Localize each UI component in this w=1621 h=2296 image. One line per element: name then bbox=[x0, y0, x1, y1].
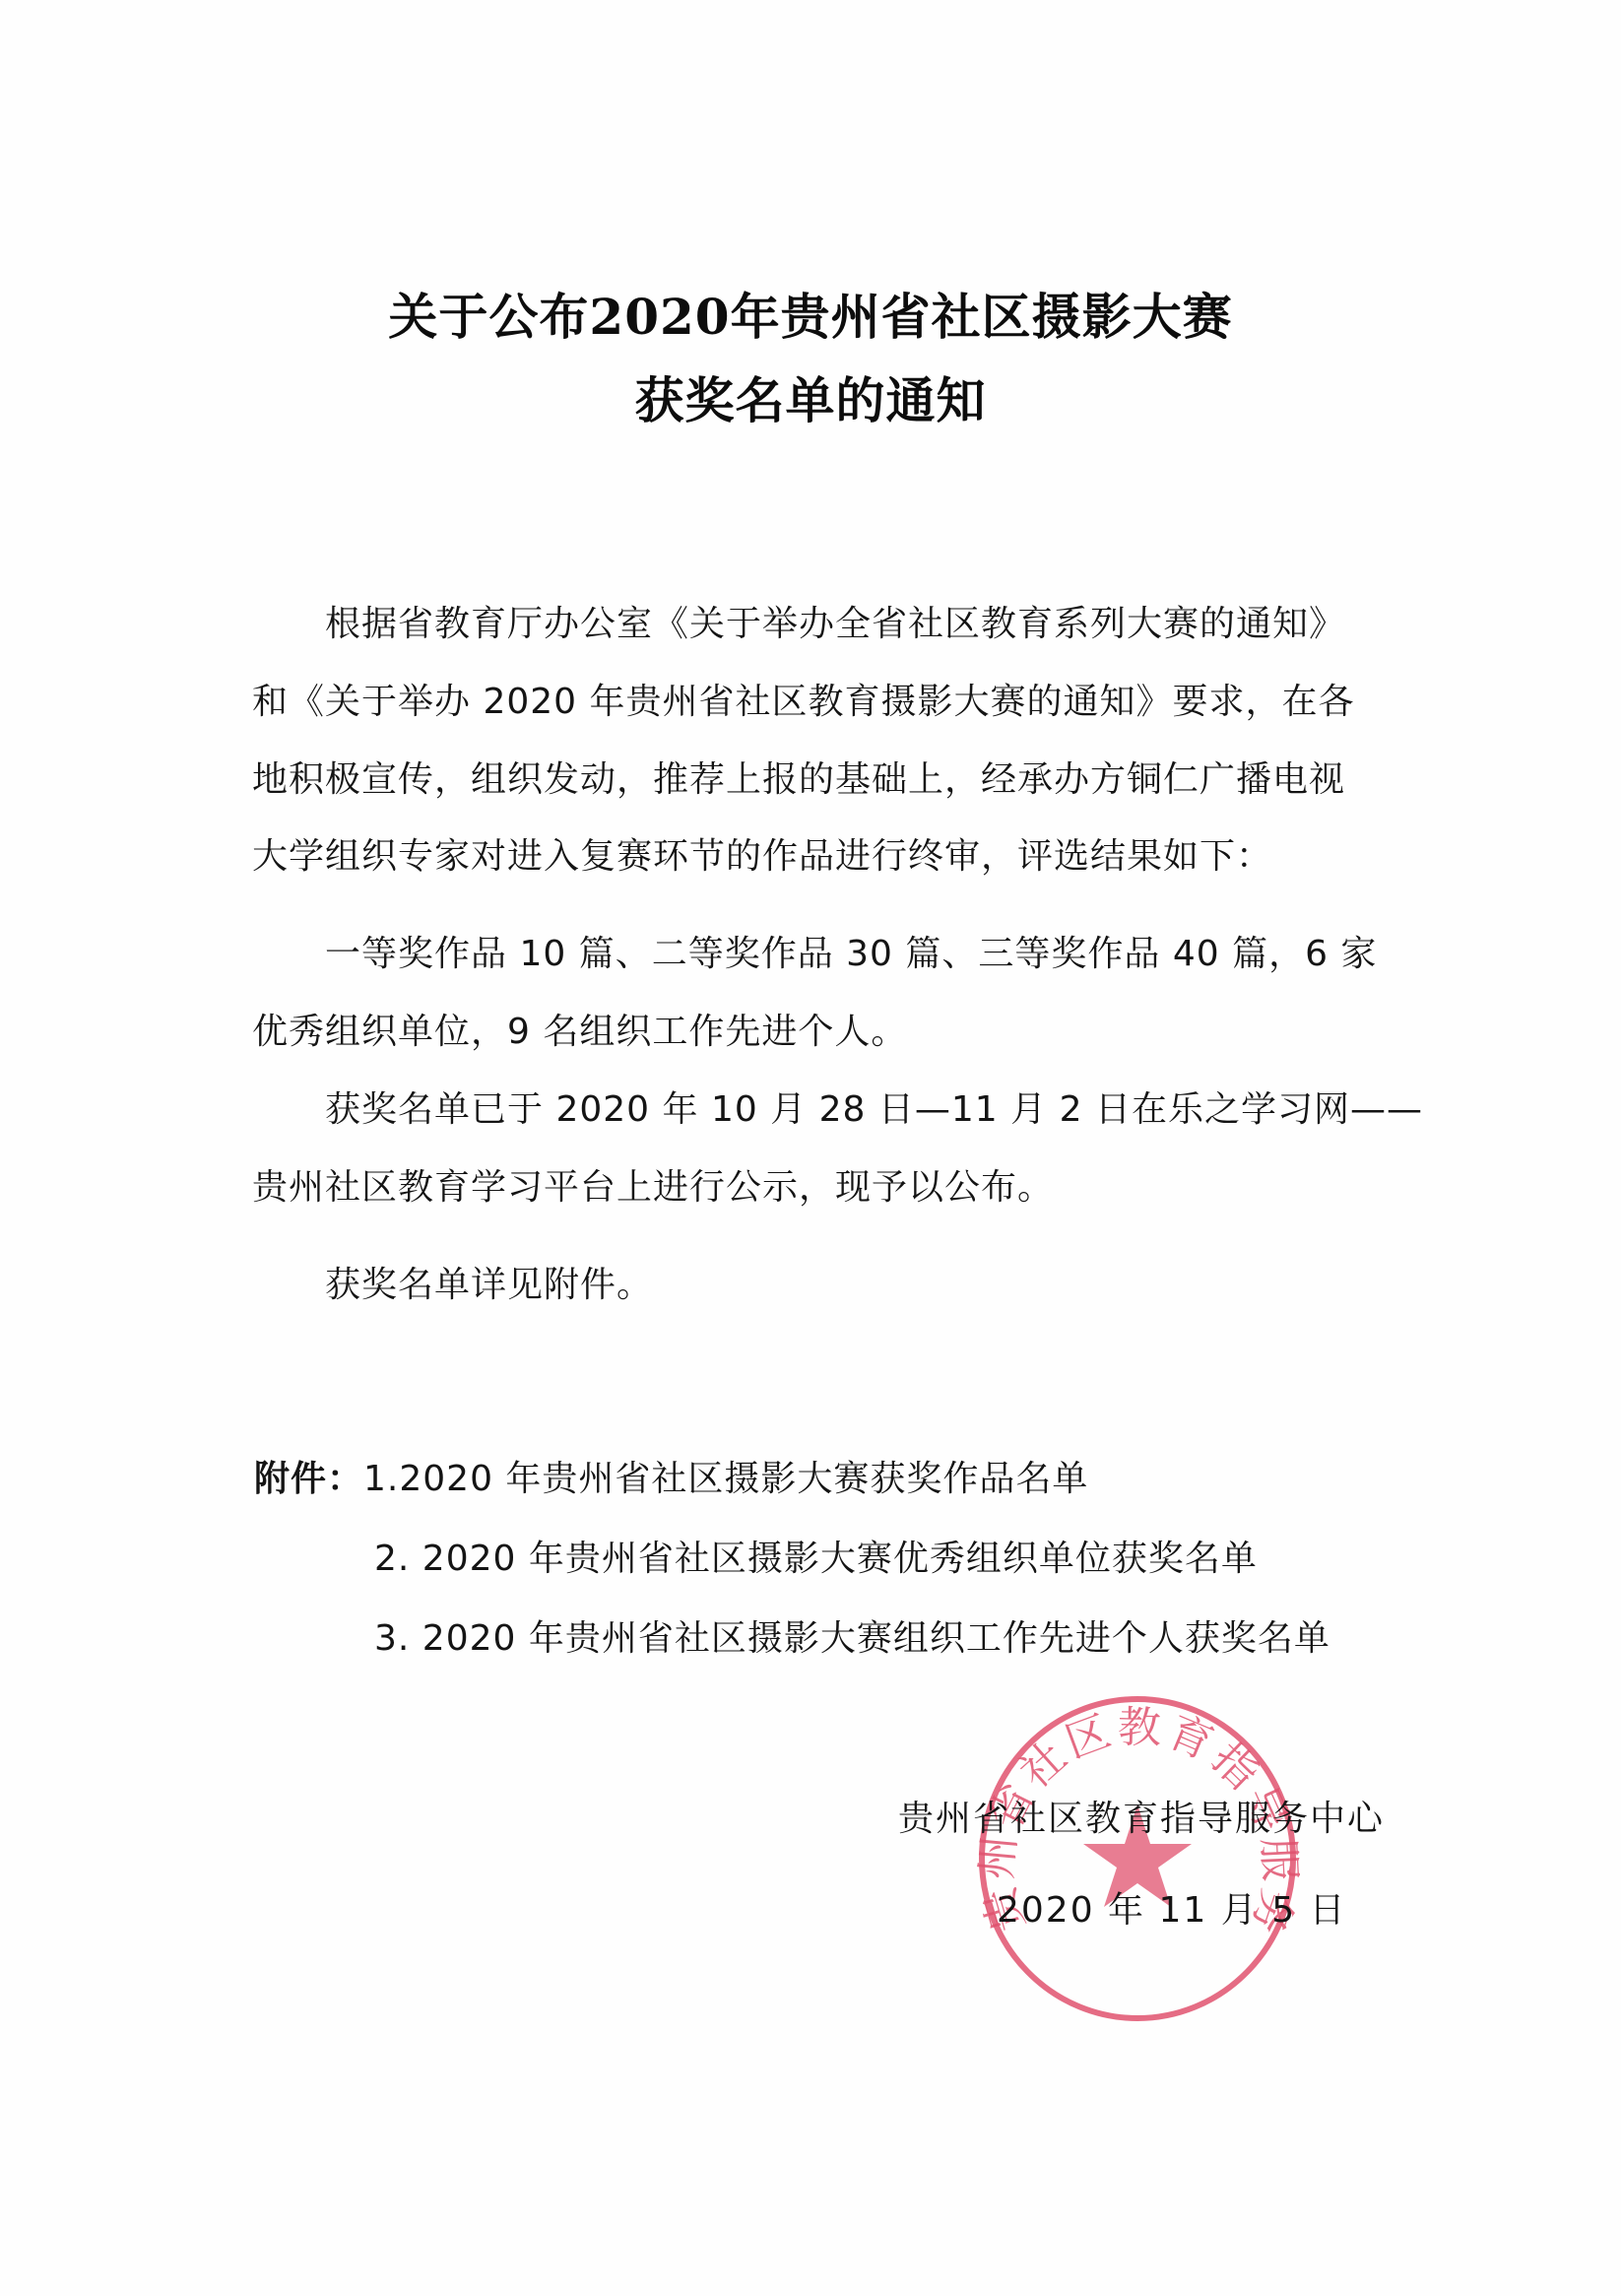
attachment-item-2: 2. 2020 年贵州省社区摄影大赛优秀组织单位获奖名单 bbox=[374, 1538, 1258, 1581]
attachment-label: 附件： bbox=[254, 1459, 363, 1499]
award-summary-line-1: 一等奖作品 10 篇、二等奖作品 30 篇、三等奖作品 40 篇，6 家 bbox=[325, 933, 1377, 976]
attachment-item-3: 3. 2020 年贵州省社区摄影大赛组织工作先进个人获奖名单 bbox=[374, 1617, 1330, 1661]
publicity-line-2: 贵州社区教育学习平台上进行公示，现予以公布。 bbox=[252, 1166, 1054, 1210]
signature-date: 2020 年 11 月 5 日 bbox=[997, 1889, 1347, 1933]
body-paragraph-1-line-1: 根据省教育厅办公室《关于举办全省社区教育系列大赛的通知》 bbox=[325, 603, 1345, 646]
publicity-line-1: 获奖名单已于 2020 年 10 月 28 日—11 月 2 日在乐之学习网—— bbox=[325, 1088, 1423, 1132]
award-summary-line-2: 优秀组织单位，9 名组织工作先进个人。 bbox=[252, 1011, 907, 1054]
attachment-item-1: 附件：1.2020 年贵州省社区摄影大赛获奖作品名单 bbox=[254, 1458, 1088, 1501]
body-paragraph-1-line-3: 地积极宣传，组织发动，推荐上报的基础上，经承办方铜仁广播电视 bbox=[252, 758, 1345, 802]
see-attachments-line: 获奖名单详见附件。 bbox=[325, 1264, 653, 1307]
official-seal: 贵州省社区教育指导服务中心 bbox=[975, 1694, 1300, 2023]
body-paragraph-1-line-2: 和《关于举办 2020 年贵州省社区教育摄影大赛的通知》要求，在各 bbox=[252, 681, 1355, 724]
document-title-line-2: 获奖名单的通知 bbox=[0, 371, 1621, 430]
attachment-item-1-text: 1.2020 年贵州省社区摄影大赛获奖作品名单 bbox=[363, 1459, 1088, 1499]
body-paragraph-1-line-4: 大学组织专家对进入复赛环节的作品进行终审，评选结果如下： bbox=[252, 835, 1272, 879]
document-title-line-1: 关于公布2020年贵州省社区摄影大赛 bbox=[0, 288, 1621, 347]
signature-organization: 贵州省社区教育指导服务中心 bbox=[898, 1798, 1385, 1841]
document-page: 关于公布2020年贵州省社区摄影大赛 获奖名单的通知 根据省教育厅办公室《关于举… bbox=[0, 0, 1621, 2296]
